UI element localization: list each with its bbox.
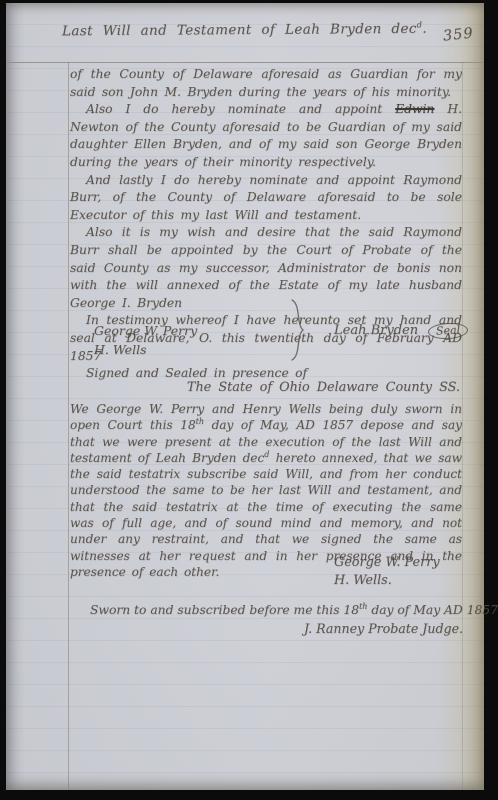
p2-pre: Also I do hereby nominate and appoint <box>86 102 395 116</box>
probate-witness-signatures: George W. Perry H. Wells. <box>334 554 440 590</box>
photo-frame: Last Will and Testament of Leah Bryden d… <box>0 0 498 800</box>
will-paragraph-2: Also I do hereby nominate and appoint Ed… <box>70 101 462 171</box>
affidavit-superscript-1: th <box>196 417 204 426</box>
right-margin-line <box>462 62 463 790</box>
judge-signature: J. Ranney Probate Judge. <box>304 621 463 636</box>
left-margin-line <box>68 62 69 790</box>
witness-signature-1: George W. Perry <box>94 321 197 340</box>
probate-signature-1: George W. Perry <box>334 554 440 572</box>
ledger-page: Last Will and Testament of Leah Bryden d… <box>6 3 484 790</box>
title-text: Last Will and Testament of Leah Bryden d… <box>62 21 417 39</box>
will-paragraph-1: of the County of Delaware aforesaid as G… <box>70 66 462 101</box>
attestation-brace <box>289 298 305 366</box>
testatrix-signature: Leah BrydenSeal <box>334 323 468 339</box>
will-witnesses: George W. Perry H. Wells <box>94 321 197 359</box>
seal-mark: Seal <box>428 322 469 340</box>
page-number: 359 <box>442 25 474 44</box>
probate-signature-2: H. Wells. <box>334 572 440 590</box>
jurat-line: Sworn to and subscribed before me this 1… <box>90 603 480 617</box>
page-title: Last Will and Testament of Leah Bryden d… <box>62 21 442 40</box>
jurat-pre: Sworn to and subscribed before me this 1… <box>90 603 359 617</box>
witness-signature-2: H. Wells <box>94 340 197 359</box>
will-paragraph-4: Also it is my wish and desire that the s… <box>70 224 462 312</box>
struck-word: Edwin <box>395 102 434 116</box>
title-period: . <box>422 21 427 37</box>
probate-heading: The State of Ohio Delaware County SS. <box>70 380 460 395</box>
jurat-post: day of May AD 1857. <box>367 603 498 617</box>
will-paragraph-3: And lastly I do hereby nominate and appo… <box>70 172 462 225</box>
signature-name: Leah Bryden <box>334 323 418 338</box>
header-rule <box>6 62 484 63</box>
